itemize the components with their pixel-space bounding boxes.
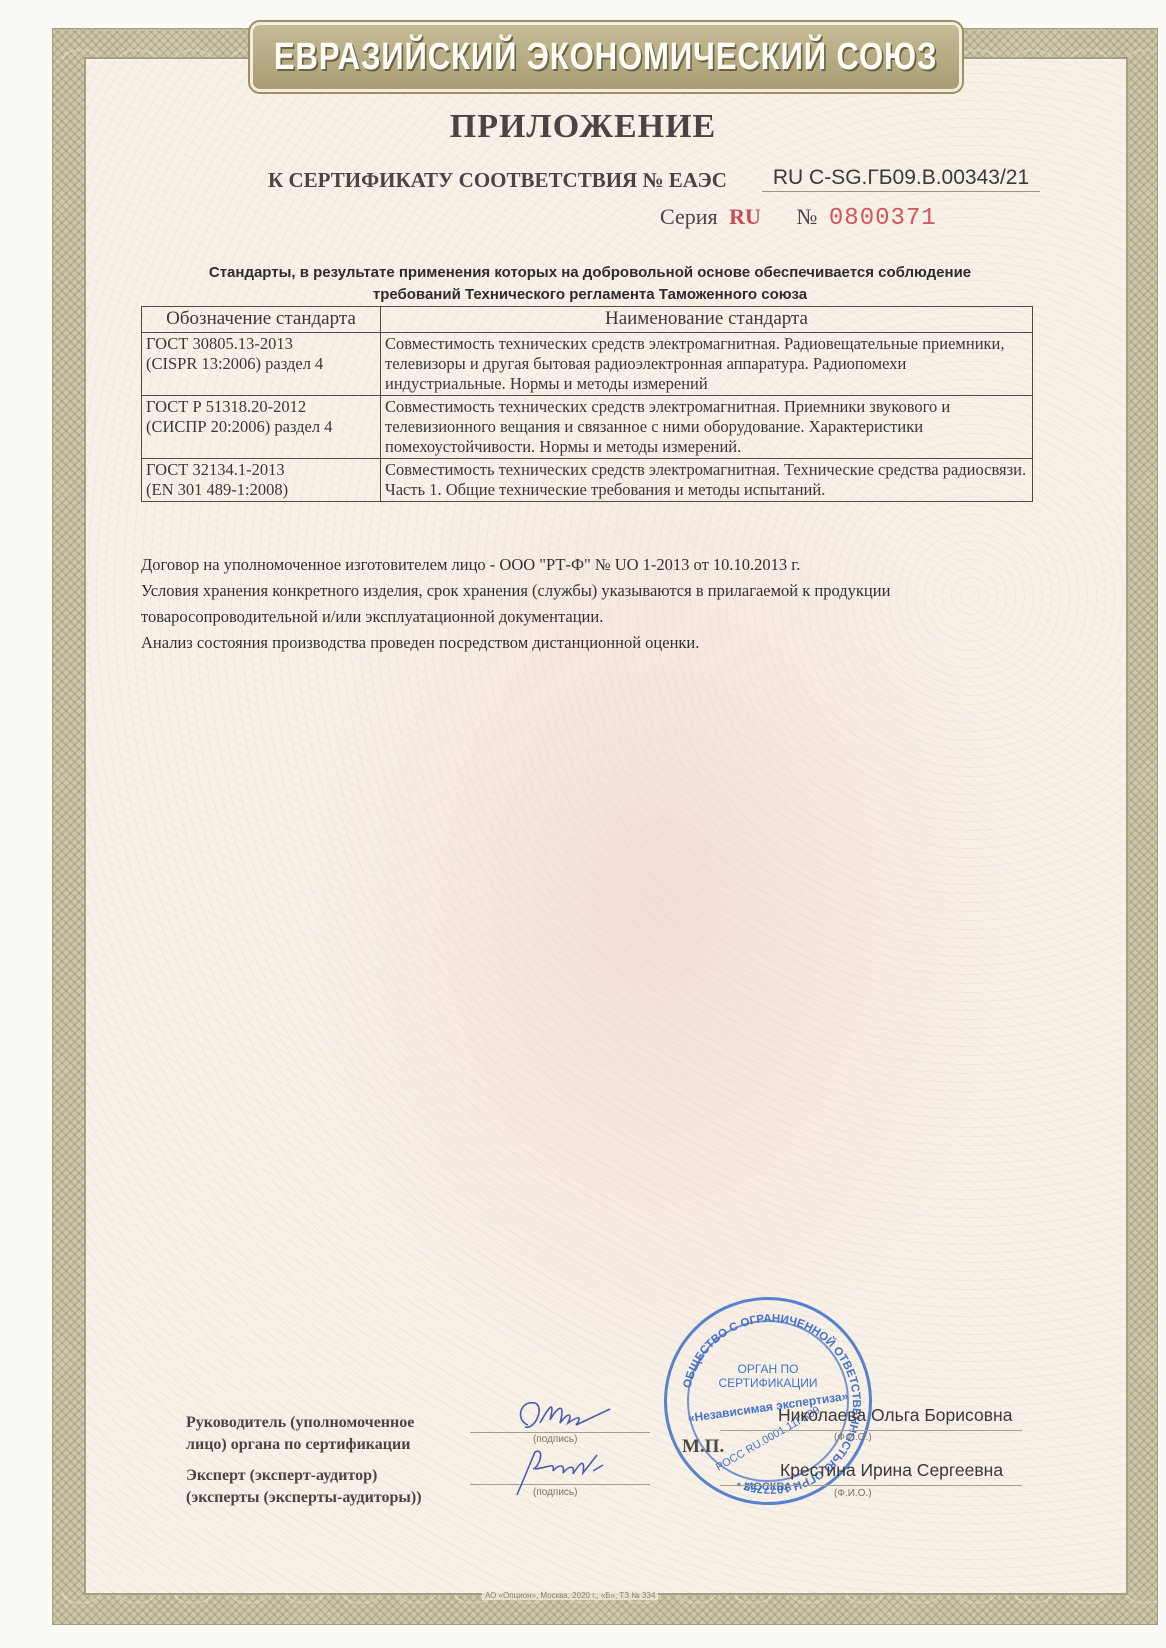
standard-code: ГОСТ Р 51318.20-2012 (СИСПР 20:2006) раз… (142, 396, 381, 459)
standard-code: ГОСТ 30805.13-2013 (CISPR 13:2006) разде… (142, 333, 381, 396)
note-production-analysis: Анализ состояния производства проведен п… (141, 630, 1031, 656)
column-header-code: Обозначение стандарта (142, 307, 381, 333)
head-name-line (720, 1430, 1022, 1431)
head-name: Николаева Ольга Борисовна (778, 1405, 1012, 1426)
standards-heading: Стандарты, в результате применения котор… (140, 262, 1040, 306)
standards-heading-line2: требований Технического регламента Тамож… (140, 284, 1040, 306)
certificate-label: К СЕРТИФИКАТУ СООТВЕТСТВИЯ № ЕАЭС (268, 168, 727, 193)
column-header-name: Наименование стандарта (381, 307, 1033, 333)
expert-name-line (720, 1485, 1022, 1486)
appendix-title: ПРИЛОЖЕНИЕ (0, 108, 1166, 146)
head-signature (510, 1395, 620, 1440)
standard-code: ГОСТ 32134.1-2013 (EN 301 489-1:2008) (142, 459, 381, 502)
note-contract: Договор на уполномоченное изготовителем … (141, 552, 1031, 578)
stamp-line2: СЕРТИФИКАЦИИ (667, 1376, 869, 1390)
expert-label: Эксперт (эксперт-аудитор) (эксперты (экс… (186, 1465, 422, 1509)
standards-heading-line1: Стандарты, в результате применения котор… (140, 262, 1040, 284)
blank-number-label: № (796, 204, 817, 229)
series-row: Серия RU № 0800371 (660, 204, 937, 232)
head-name-caption: (Ф.И.О.) (834, 1432, 872, 1443)
stamp-line1: ОРГАН ПО (667, 1362, 869, 1376)
standard-name: Совместимость технических средств электр… (381, 396, 1033, 459)
table-row: ГОСТ 30805.13-2013 (CISPR 13:2006) разде… (142, 333, 1033, 396)
union-title-band: ЕВРАЗИЙСКИЙ ЭКОНОМИЧЕСКИЙ СОЮЗ (250, 22, 962, 92)
expert-signature (505, 1447, 625, 1497)
expert-name-caption: (Ф.И.О.) (834, 1488, 872, 1499)
table-row: ГОСТ 32134.1-2013 (EN 301 489-1:2008) Со… (142, 459, 1033, 502)
printer-note: АО «Опцион», Москва, 2020 г., «Б», ТЗ № … (482, 1591, 658, 1600)
table-row: ГОСТ Р 51318.20-2012 (СИСПР 20:2006) раз… (142, 396, 1033, 459)
series-label: Серия (660, 204, 718, 229)
certificate-number: RU C-SG.ГБ09.В.00343/21 (762, 166, 1040, 192)
notes-block: Договор на уполномоченное изготовителем … (141, 552, 1031, 656)
standard-name: Совместимость технических средств электр… (381, 459, 1033, 502)
blank-number: 0800371 (829, 205, 937, 232)
standard-name: Совместимость технических средств электр… (381, 333, 1033, 396)
series-value: RU (729, 204, 761, 229)
union-title: ЕВРАЗИЙСКИЙ ЭКОНОМИЧЕСКИЙ СОЮЗ (274, 36, 938, 79)
expert-name: Крестина Ирина Сергеевна (780, 1460, 1003, 1481)
table-header-row: Обозначение стандарта Наименование станд… (142, 307, 1033, 333)
seal-label: М.П. (682, 1436, 724, 1458)
note-storage: Условия хранения конкретного изделия, ср… (141, 578, 1031, 630)
standards-table: Обозначение стандарта Наименование станд… (141, 306, 1033, 502)
head-label: Руководитель (уполномоченное лицо) орган… (186, 1412, 414, 1456)
